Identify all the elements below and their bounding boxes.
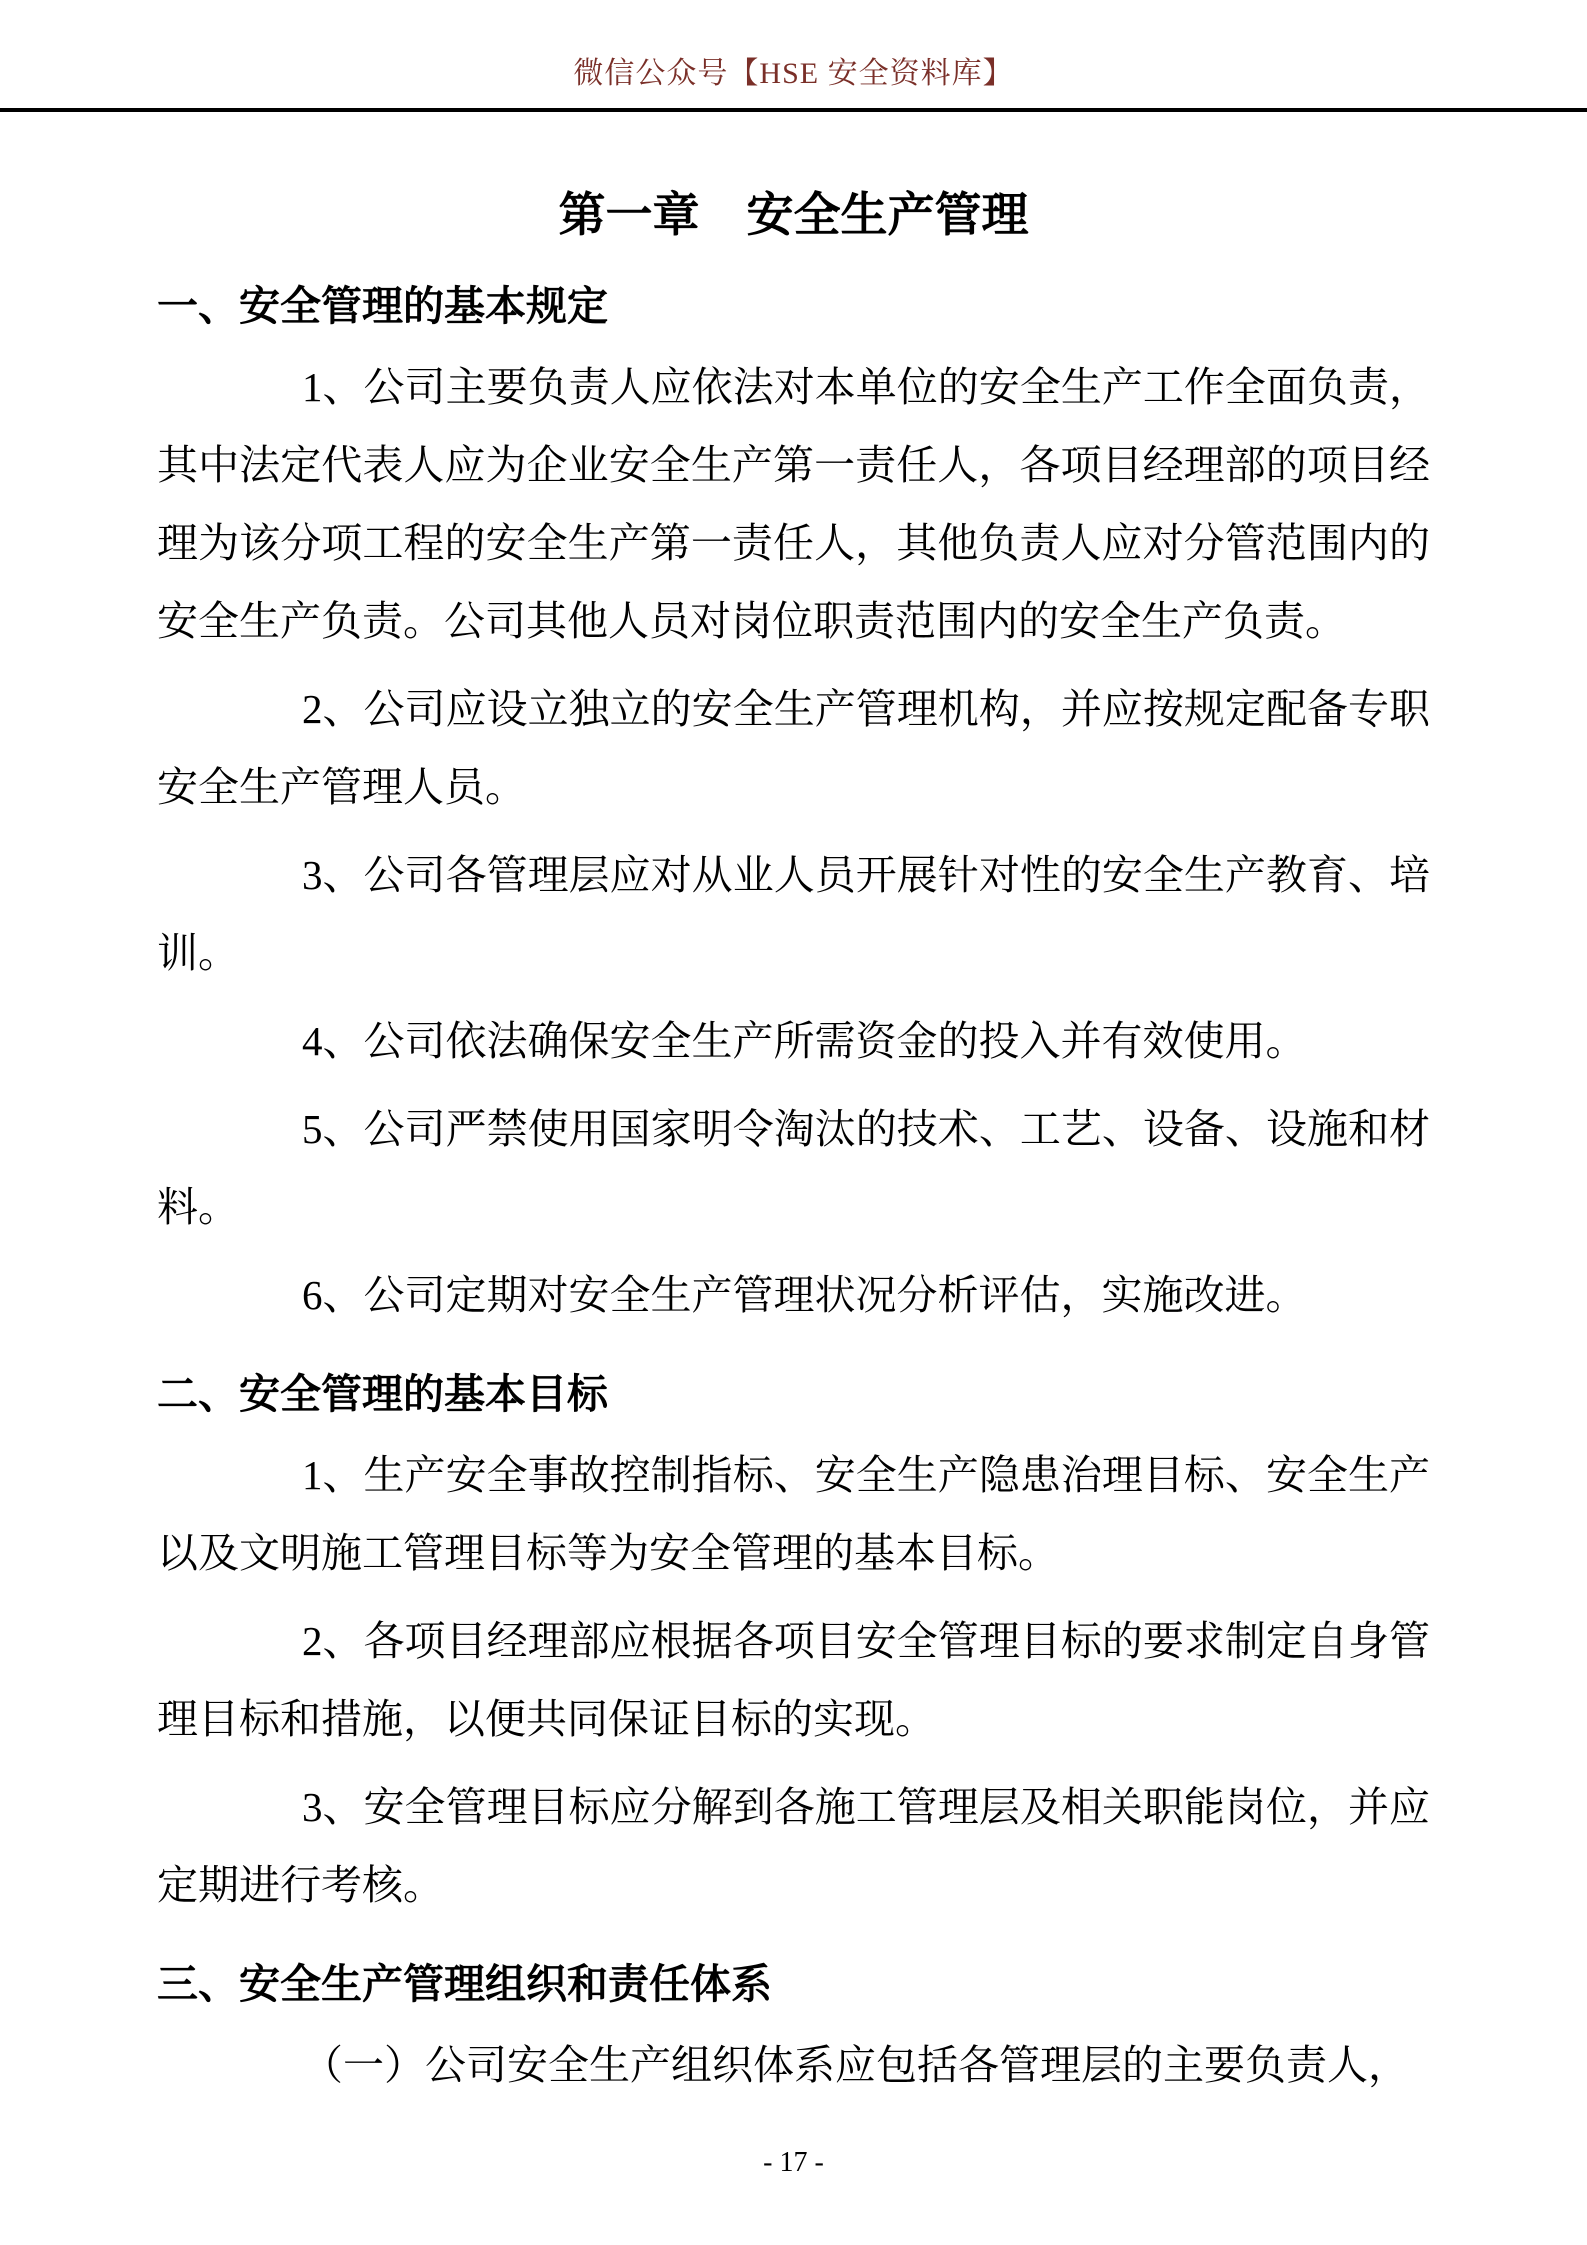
document-page: 微信公众号【HSE 安全资料库】 第一章 安全生产管理 一、安全管理的基本规定 … <box>0 0 1587 2245</box>
paragraph-1-2: 2、公司应设立独立的安全生产管理机构，并应按规定配备专职安全生产管理人员。 <box>157 670 1430 826</box>
section-heading-3: 三、安全生产管理组织和责任体系 <box>157 1958 1430 2010</box>
section-heading-1: 一、安全管理的基本规定 <box>157 280 1430 332</box>
paragraph-3-1: （一）公司安全生产组织体系应包括各管理层的主要负责人， <box>157 2026 1430 2104</box>
paragraph-1-5: 5、公司严禁使用国家明令淘汰的技术、工艺、设备、设施和材料。 <box>157 1090 1430 1246</box>
chapter-title: 第一章 安全生产管理 <box>157 184 1430 246</box>
paragraph-1-3: 3、公司各管理层应对从业人员开展针对性的安全生产教育、培训。 <box>157 836 1430 992</box>
header-divider <box>0 108 1587 112</box>
paragraph-1-1: 1、公司主要负责人应依法对本单位的安全生产工作全面负责，其中法定代表人应为企业安… <box>157 348 1430 660</box>
document-body: 第一章 安全生产管理 一、安全管理的基本规定 1、公司主要负责人应依法对本单位的… <box>0 184 1587 2104</box>
page-header: 微信公众号【HSE 安全资料库】 <box>0 0 1587 92</box>
paragraph-1-4: 4、公司依法确保安全生产所需资金的投入并有效使用。 <box>157 1002 1430 1080</box>
paragraph-1-6: 6、公司定期对安全生产管理状况分析评估，实施改进。 <box>157 1256 1430 1334</box>
paragraph-2-1: 1、生产安全事故控制指标、安全生产隐患治理目标、安全生产以及文明施工管理目标等为… <box>157 1436 1430 1592</box>
section-heading-2: 二、安全管理的基本目标 <box>157 1368 1430 1420</box>
paragraph-2-2: 2、各项目经理部应根据各项目安全管理目标的要求制定自身管理目标和措施，以便共同保… <box>157 1602 1430 1758</box>
paragraph-2-3: 3、安全管理目标应分解到各施工管理层及相关职能岗位，并应定期进行考核。 <box>157 1768 1430 1924</box>
header-source-label: 微信公众号【HSE 安全资料库】 <box>573 57 1013 90</box>
page-number: - 17 - <box>0 2147 1587 2179</box>
